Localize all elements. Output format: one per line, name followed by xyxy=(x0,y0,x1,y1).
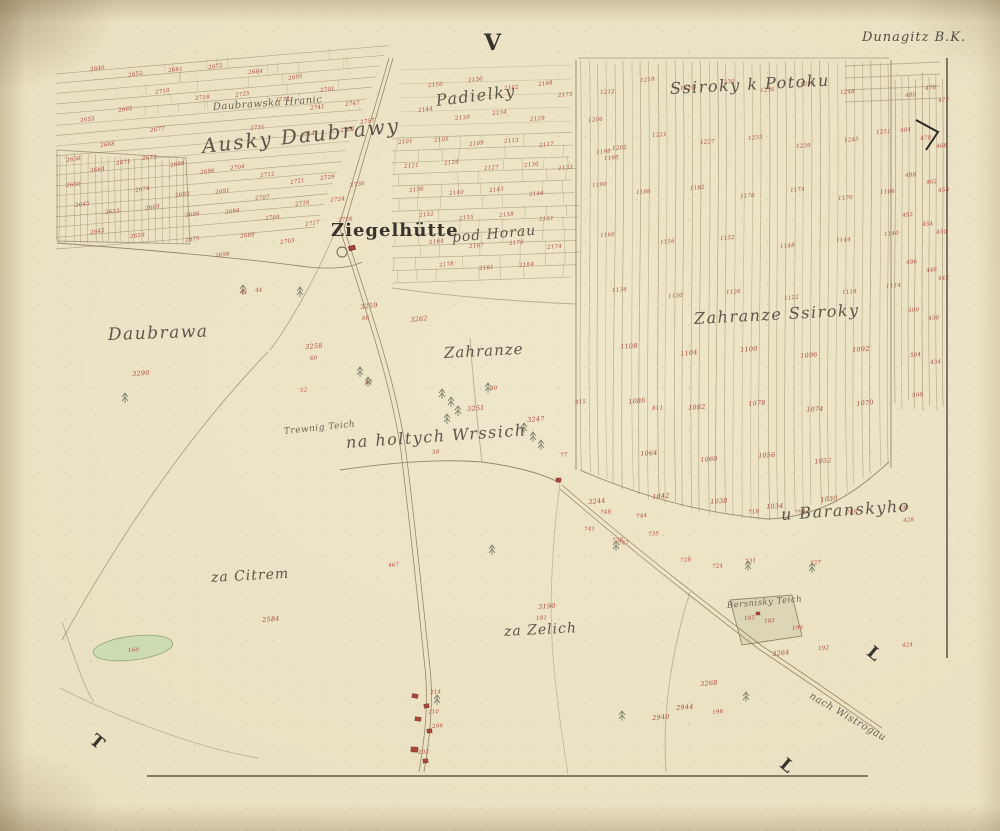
map-label-ausky-daubrawy: Ausky Daubrawy xyxy=(201,113,401,158)
map-label-na-holtych-wrssich: na holtych Wrssich xyxy=(345,420,527,452)
sheet-number: V xyxy=(484,30,502,56)
map-label-za-citrem: za Citrem xyxy=(211,566,290,586)
map-label-zahranze: Zahranze xyxy=(444,340,524,362)
sheet-letter-right: L xyxy=(863,642,886,666)
cadastral-map-sheet: { "map": { "sheet_number": "V", "corner_… xyxy=(0,0,1000,831)
map-label-road-note: nach Wistrogau xyxy=(807,691,888,744)
map-label-za-zelich: za Zelich xyxy=(504,620,578,640)
map-label-u-baranskyho: u Baranskyho xyxy=(780,496,910,524)
map-label-boundary-note: Daubrawska Hranic xyxy=(213,94,323,113)
map-label-padielky: Padielky xyxy=(435,81,517,110)
map-labels: V Dunagitz B.K. Daubrawska Hranic Ausky … xyxy=(0,0,1000,831)
map-label-zahranze-ssiroky: Zahranze Ssiroky xyxy=(694,300,861,328)
map-label-daubrawa: Daubrawa xyxy=(108,321,209,344)
map-label-bersnisky-teich: Bersnisky Teich xyxy=(727,594,803,611)
sheet-letter-bottom-right: L xyxy=(776,754,799,778)
corner-title: Dunagitz B.K. xyxy=(862,30,966,45)
map-label-ziegelhuette: Ziegelhütte xyxy=(331,220,459,241)
sheet-letter-bottom-left: T xyxy=(86,730,109,754)
map-label-pod-horau: pod Horau xyxy=(451,223,537,246)
map-label-ssiroky-k-potoku: Ssiroky k Potoku xyxy=(670,71,831,98)
